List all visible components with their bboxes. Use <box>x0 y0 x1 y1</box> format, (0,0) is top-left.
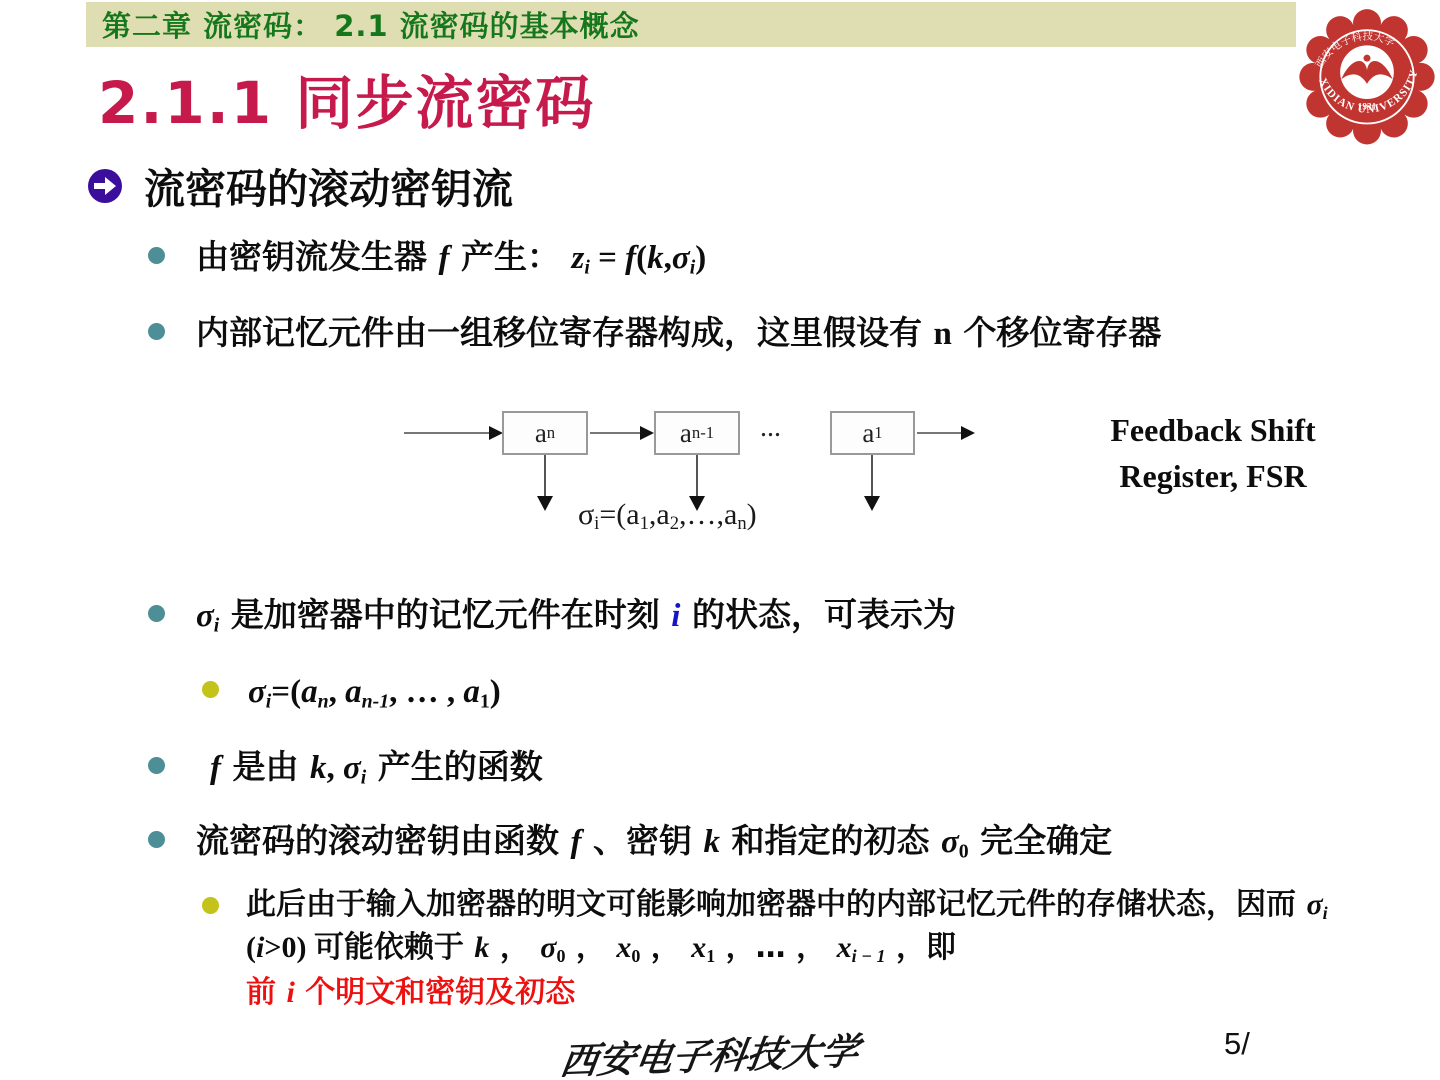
diagram-output-line <box>917 432 963 434</box>
arrowhead-icon <box>489 426 503 440</box>
header-bar: 第二章 流密码： 2.1 流密码的基本概念 <box>86 2 1296 47</box>
fsr-label-line2: Register, FSR <box>1048 453 1378 499</box>
bullet-state: σi 是加密器中的记忆元件在时刻 i 的状态，可表示为 <box>196 592 956 640</box>
bullet-dot-icon <box>148 323 165 340</box>
footer-school-signature: 西安电子科技大学 <box>557 1021 862 1080</box>
bullet-l1-label: 流密码的滚动密钥流 <box>144 156 513 215</box>
bullet-dependency-red: 前 i 个明文和密钥及初态 <box>246 972 575 1015</box>
bullet-dot-icon <box>148 247 165 264</box>
fsr-label-line1: Feedback Shift <box>1048 407 1378 453</box>
arrowhead-down-icon <box>864 496 880 511</box>
slide: 第二章 流密码： 2.1 流密码的基本概念 1931 西安电子科技大学 <box>0 0 1440 1080</box>
arrowhead-icon <box>961 426 975 440</box>
bullet-dot-icon <box>148 605 165 622</box>
register-box-an: an <box>502 411 588 455</box>
diagram-tap-line <box>696 455 698 497</box>
diagram-ellipsis: ... <box>760 412 781 444</box>
diagram-tap-line <box>871 455 873 497</box>
university-logo-icon: 1931 西安电子科技大学 XIDIAN UNIVERSITY <box>1297 2 1437 154</box>
bullet-rolling-keystream: 流密码的滚动密钥流 <box>88 156 513 215</box>
arrowhead-down-icon <box>537 496 553 511</box>
page-title: 2.1.1 同步流密码 <box>98 56 595 140</box>
bullet-keygen: 由密钥流发生器 f 产生： zi = f(k,σi) <box>196 234 706 282</box>
bullet-state-formula: σi=(an, an-1, … , a1) <box>248 668 501 716</box>
diagram-input-line <box>404 432 492 434</box>
diagram-link-line <box>590 432 642 434</box>
bullet-dependency: 此后由于输入加密器的明文可能影响加密器中的内部记忆元件的存储状态，因而 σi (… <box>246 884 1356 969</box>
arrowhead-icon <box>640 426 654 440</box>
bullet-dot-icon <box>202 681 219 698</box>
bullet-registers: 内部记忆元件由一组移位寄存器构成，这里假设有 n 个移位寄存器 <box>196 310 1361 358</box>
register-box-an1: an-1 <box>654 411 740 455</box>
bullet-function: f 是由 k, σi 产生的函数 <box>210 744 543 792</box>
bullet-dot-icon <box>148 831 165 848</box>
diagram-state-formula: σi=(a1,a2,…,an) <box>578 497 757 535</box>
arrow-bullet-icon <box>88 169 122 203</box>
diagram-tap-line <box>544 455 546 497</box>
bullet-dot-icon <box>202 897 219 914</box>
register-box-a1: a1 <box>830 411 915 455</box>
bullet-determine: 流密码的滚动密钥由函数 f 、密钥 k 和指定的初态 σ0 完全确定 <box>196 818 1112 866</box>
fsr-label: Feedback Shift Register, FSR <box>1048 407 1378 500</box>
bullet-dot-icon <box>148 757 165 774</box>
page-number: 5/ <box>1224 1026 1250 1062</box>
breadcrumb: 第二章 流密码： 2.1 流密码的基本概念 <box>102 4 640 45</box>
